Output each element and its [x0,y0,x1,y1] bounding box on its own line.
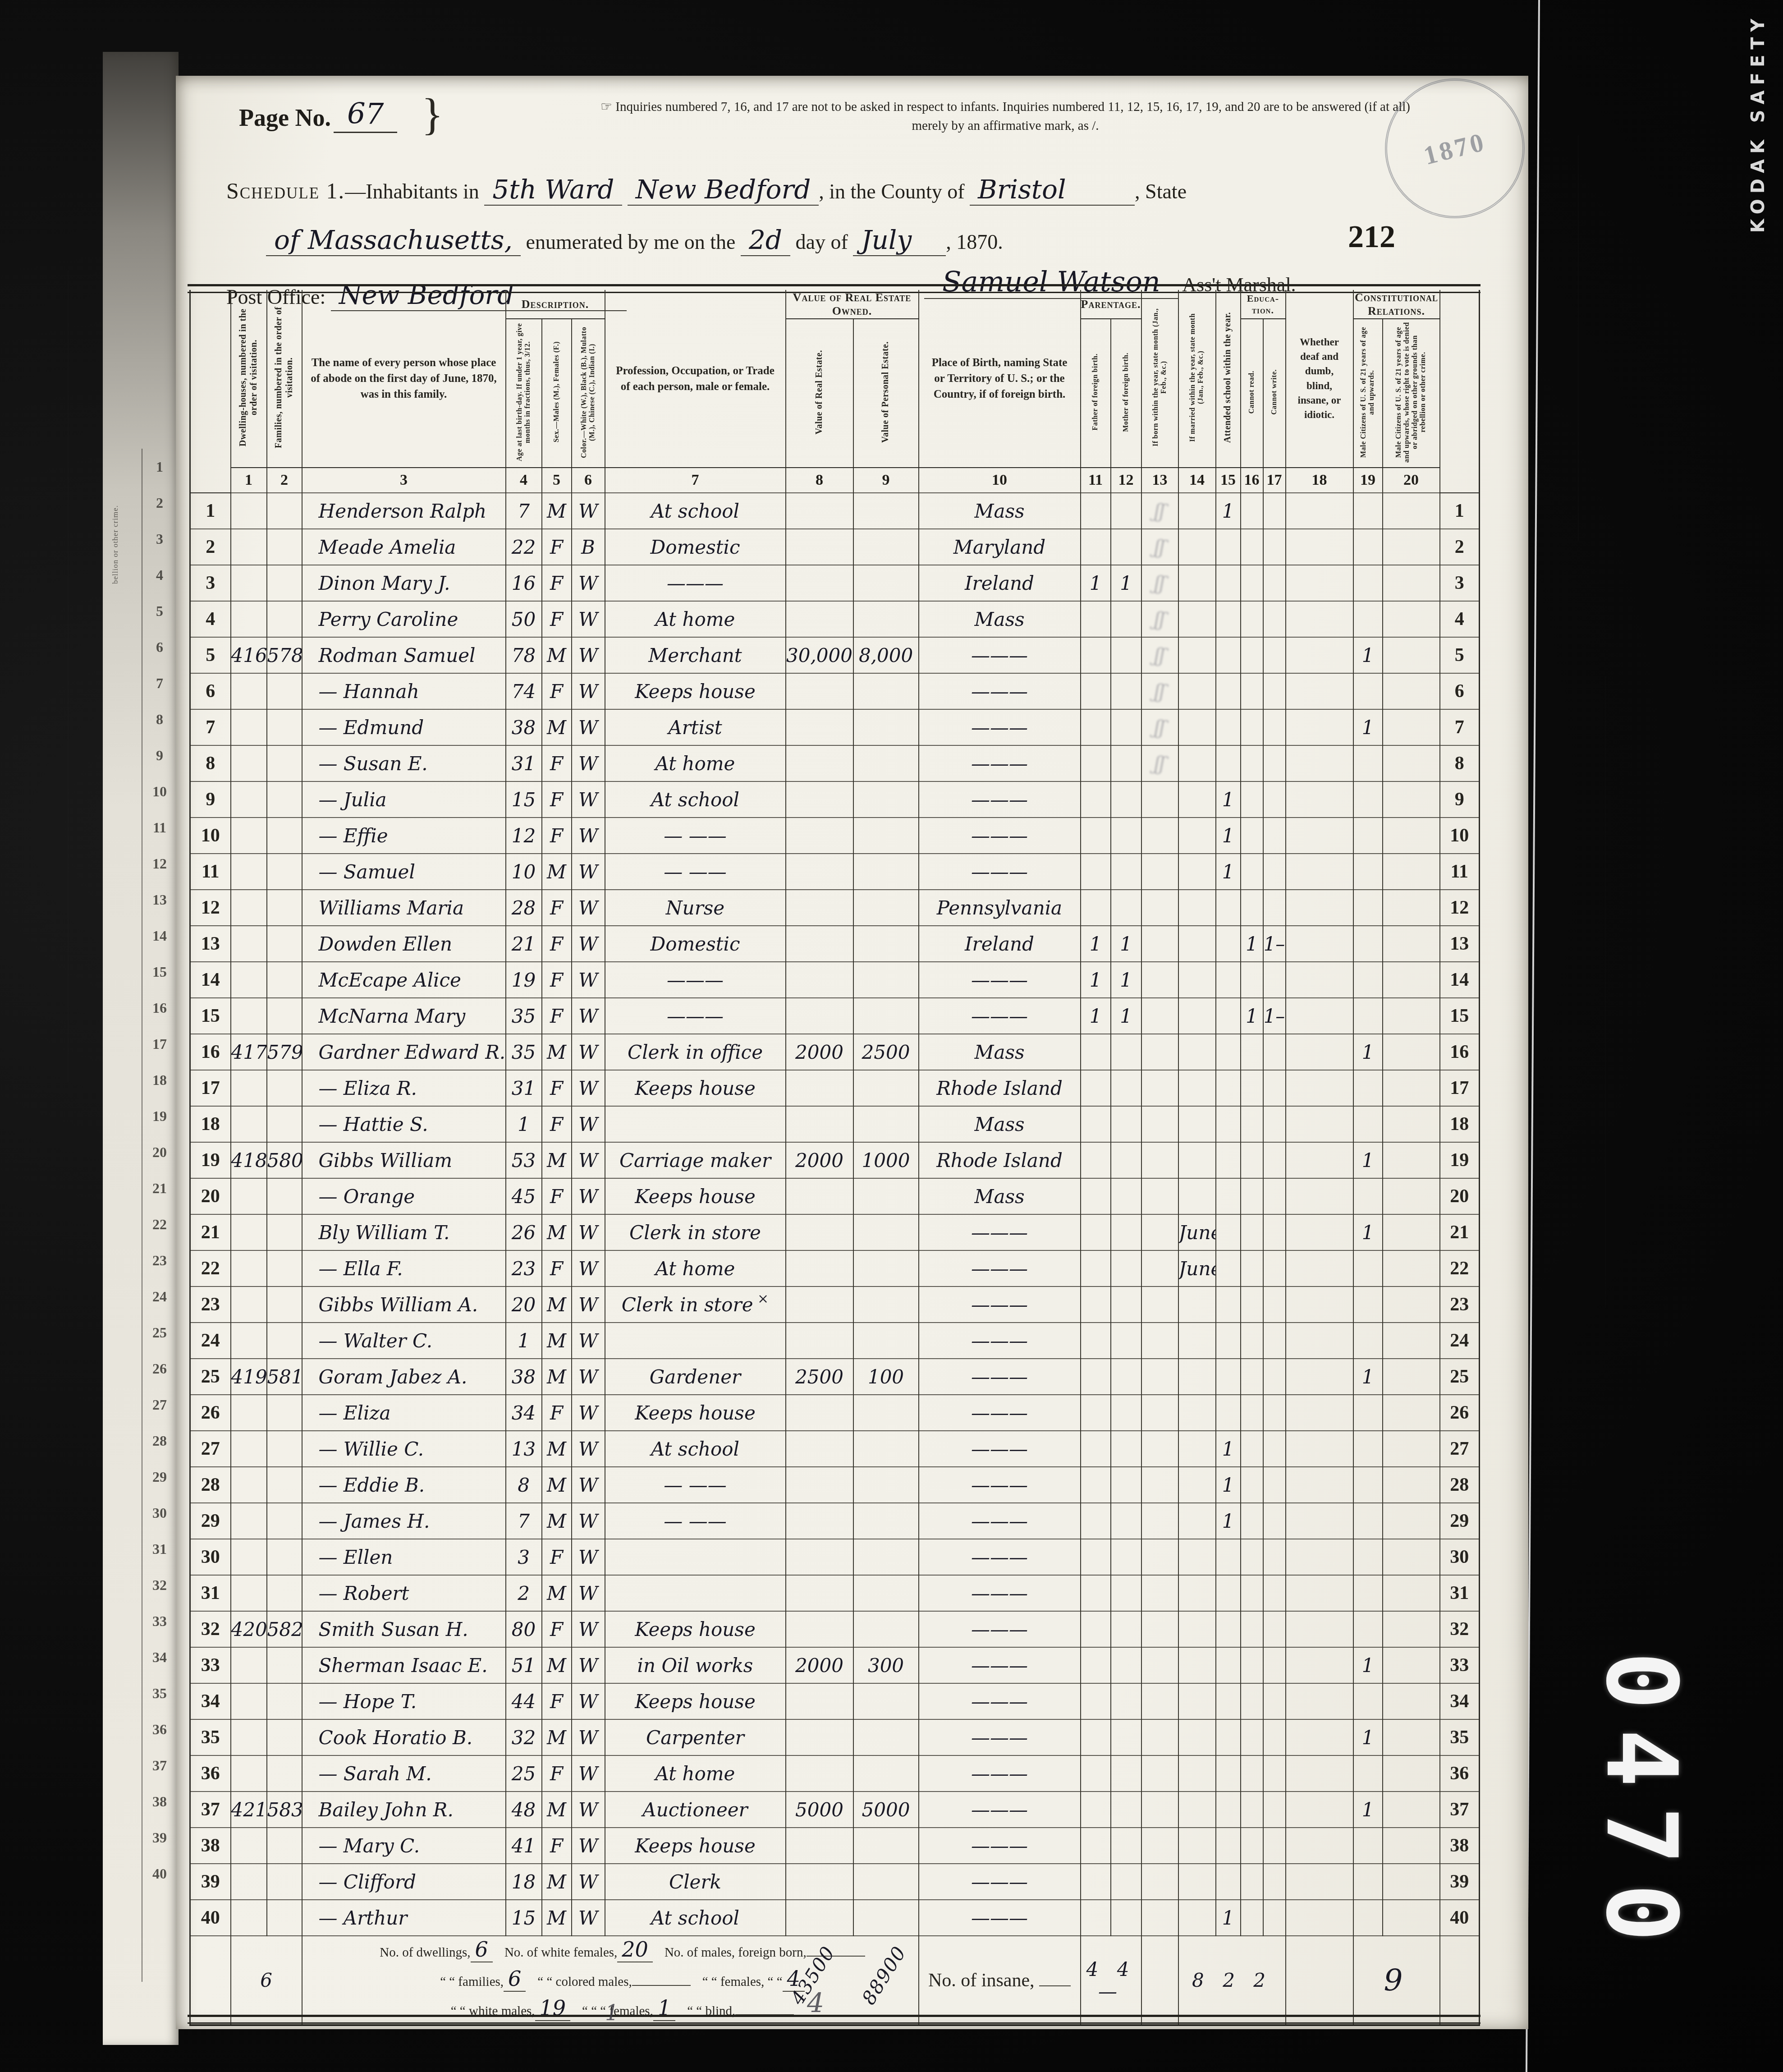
marriage-month [1178,1106,1216,1142]
real-estate-value: 2000 [786,1142,853,1178]
marriage-month [1178,1467,1216,1503]
column-number: 6 [572,468,605,493]
cannot-write [1263,1250,1286,1286]
personal-estate-value [853,1467,919,1503]
male-citizen-21 [1353,745,1383,781]
deaf-dumb-blind-insane [1286,1755,1353,1792]
father-foreign-born [1081,854,1111,890]
male-citizen-21 [1353,1864,1383,1900]
family-number [267,1647,302,1683]
row-number-right: 33 [1440,1647,1480,1683]
mother-foreign-born [1111,1719,1141,1755]
occupation: Merchant [605,637,786,673]
row-number-right: 37 [1440,1792,1480,1828]
personal-estate-value [853,1106,919,1142]
age: 48 [506,1792,542,1828]
state-value: of Massachusetts, [266,225,521,256]
dwelling-number [231,1755,267,1792]
previous-page-row-number: 13 [146,891,173,928]
dwelling-number [231,529,267,565]
real-estate-value [786,781,853,818]
father-foreign-born [1081,1106,1111,1142]
real-estate-value [786,1539,853,1575]
cannot-write [1263,1431,1286,1467]
mother-foreign-born [1111,1142,1141,1178]
row-number-right: 28 [1440,1467,1480,1503]
male-citizen-denied [1383,1250,1440,1286]
cannot-read [1241,1178,1263,1214]
sex: M [542,1142,572,1178]
birth-month: ʃʃ [1141,637,1178,673]
previous-page-row-number: 2 [146,495,173,531]
age: 19 [506,962,542,998]
age: 45 [506,1178,542,1214]
male-citizen-21 [1353,998,1383,1034]
previous-page-row-number: 27 [146,1397,173,1433]
family-number [267,1467,302,1503]
col1-header: Dwelling-houses, numbered in the order o… [231,290,267,468]
family-number [267,1250,302,1286]
cannot-read [1241,1214,1263,1250]
birthplace: ——— [919,1286,1081,1323]
deaf-dumb-blind-insane [1286,601,1353,637]
male-citizen-denied [1383,673,1440,709]
dwelling-number: 417 [231,1034,267,1070]
cannot-write [1263,781,1286,818]
marriage-month [1178,1503,1216,1539]
column-number: 8 [786,468,853,493]
summary-blank [632,1971,691,1986]
cannot-read [1241,1431,1263,1467]
real-estate-value [786,1395,853,1431]
father-foreign-born [1081,1792,1111,1828]
cannot-write [1263,1683,1286,1719]
deaf-dumb-blind-insane [1286,565,1353,601]
dwelling-number [231,1575,267,1611]
color: W [572,601,605,637]
personal-estate-value [853,709,919,745]
personal-estate-value: 1000 [853,1142,919,1178]
real-estate-value [786,1286,853,1323]
age: 15 [506,781,542,818]
father-foreign-born [1081,1539,1111,1575]
color: W [572,709,605,745]
dwelling-number [231,1250,267,1286]
birthplace: ——— [919,1467,1081,1503]
birthplace: ——— [919,998,1081,1034]
col17-header: Cannot write. [1263,319,1286,468]
row-number-right: 36 [1440,1755,1480,1792]
occupation: At school [605,781,786,818]
previous-page-row-number: 8 [146,711,173,747]
col13-header: If born within the year, state month (Ja… [1141,290,1178,468]
family-number: 581 [267,1359,302,1395]
color: W [572,1539,605,1575]
occupation: At home [605,745,786,781]
male-citizen-21: 1 [1353,1359,1383,1395]
mother-foreign-born [1111,1034,1141,1070]
birth-month [1141,1611,1178,1647]
cannot-write [1263,962,1286,998]
family-number: 580 [267,1142,302,1178]
cannot-read [1241,1395,1263,1431]
ink-bleed-mark: ʃʃ [1153,643,1166,667]
occupation: Carpenter [605,1719,786,1755]
occupation: At school [605,1431,786,1467]
occupation: Keeps house [605,1070,786,1106]
mother-foreign-born [1111,818,1141,854]
previous-page-row-number: 33 [146,1613,173,1649]
male-citizen-21 [1353,1431,1383,1467]
bottom-pencil-mark: 1 [605,2000,619,2026]
column-number: 11 [1081,468,1111,493]
cannot-read [1241,1034,1263,1070]
mother-foreign-born [1111,1286,1141,1323]
age: 21 [506,926,542,962]
birthplace: Mass [919,1178,1081,1214]
cannot-read [1241,1611,1263,1647]
ink-bleed-mark: ʃʃ [1153,535,1166,559]
description-group-header: Description. [506,290,605,319]
deaf-dumb-blind-insane [1286,998,1353,1034]
color: W [572,493,605,529]
dwelling-number [231,1503,267,1539]
deaf-dumb-blind-insane [1286,1214,1353,1250]
occupation: At home [605,1250,786,1286]
birthplace: Rhode Island [919,1070,1081,1106]
birthplace: ——— [919,818,1081,854]
cannot-read: 1 [1241,926,1263,962]
male-citizen-denied [1383,1323,1440,1359]
male-citizen-denied [1383,565,1440,601]
col3-header: The name of every person whose place of … [302,290,506,468]
col2-header: Families, numbered in the order of visit… [267,290,302,468]
person-name: McEcape Alice [302,962,506,998]
color: W [572,1900,605,1936]
census-row: 27— Willie C.13MWAt school———127 [190,1431,1480,1467]
real-estate-value [786,565,853,601]
cannot-read [1241,781,1263,818]
previous-page-row-number: 36 [146,1721,173,1757]
birth-month [1141,1683,1178,1719]
color: W [572,1142,605,1178]
birth-month: ʃʃ [1141,601,1178,637]
birthplace: ——— [919,1323,1081,1359]
birth-month [1141,1106,1178,1142]
attended-school: 1 [1216,1467,1241,1503]
row-number-right: 22 [1440,1250,1480,1286]
family-number [267,1719,302,1755]
brace-glyph: } [422,88,443,140]
citizens-tally: 9 [1353,1936,1440,2025]
person-name: Henderson Ralph [302,493,506,529]
age: 50 [506,601,542,637]
personal-estate-value [853,818,919,854]
deaf-dumb-blind-insane [1286,1828,1353,1864]
sex: M [542,854,572,890]
attended-school [1216,637,1241,673]
attended-school [1216,1647,1241,1683]
parentage-group-header: Parentage. [1081,290,1141,319]
color: W [572,890,605,926]
attended-school [1216,1755,1241,1792]
occupation: Keeps house [605,673,786,709]
cannot-write [1263,709,1286,745]
census-row: 40— Arthur15MWAt school———140 [190,1900,1480,1936]
age: 1 [506,1106,542,1142]
person-name: Perry Caroline [302,601,506,637]
real-estate-value [786,962,853,998]
person-name: — Hope T. [302,1683,506,1719]
row-number-left: 25 [190,1359,231,1395]
occupation: ——— [605,998,786,1034]
real-estate-value [786,926,853,962]
col15-header: Attended school within the year. [1216,290,1241,468]
birthplace: Pennsylvania [919,890,1081,926]
person-name: — Clifford [302,1864,506,1900]
male-citizen-denied [1383,1142,1440,1178]
column-number: 15 [1216,468,1241,493]
previous-page-row-number: 28 [146,1433,173,1469]
father-foreign-born [1081,1359,1111,1395]
row-number-left: 31 [190,1575,231,1611]
birthplace: ——— [919,673,1081,709]
dwelling-number [231,1683,267,1719]
cannot-read [1241,565,1263,601]
birth-month [1141,1142,1178,1178]
birth-month [1141,1719,1178,1755]
census-row: 16417579Gardner Edward R.35MWClerk in of… [190,1034,1480,1070]
row-number-left: 12 [190,890,231,926]
birthplace: ——— [919,1719,1081,1755]
father-foreign-born [1081,1070,1111,1106]
occupation: — —— [605,854,786,890]
row-number-left: 40 [190,1900,231,1936]
age: 38 [506,709,542,745]
census-row: 7— Edmund38MWArtist———ʃʃ17 [190,709,1480,745]
age: 23 [506,1250,542,1286]
census-row: 13Dowden Ellen21FWDomesticIreland1111–13 [190,926,1480,962]
father-foreign-born [1081,601,1111,637]
cannot-read [1241,529,1263,565]
attended-school [1216,565,1241,601]
summary-value: 20 [617,1937,653,1962]
occupation: At home [605,1755,786,1792]
previous-page-row-number: 29 [146,1469,173,1505]
occupation: Keeps house [605,1611,786,1647]
marriage-month [1178,1395,1216,1431]
row-number-left: 36 [190,1755,231,1792]
occupation: Clerk in office [605,1034,786,1070]
real-estate-value [786,1323,853,1359]
attended-school [1216,890,1241,926]
row-number-left: 10 [190,818,231,854]
col5-header: Sex.—Males (M.), Females (F.) [542,319,572,468]
age: 35 [506,1034,542,1070]
row-number-right: 13 [1440,926,1480,962]
age: 1 [506,1323,542,1359]
summary-label: No. of males, foreign born, [665,1945,807,1960]
deaf-dumb-blind-insane [1286,1323,1353,1359]
age: 28 [506,890,542,926]
male-citizen-21 [1353,962,1383,998]
dwelling-number: 416 [231,637,267,673]
male-citizen-21: 1 [1353,637,1383,673]
male-citizen-denied [1383,1034,1440,1070]
previous-page-row-number: 30 [146,1505,173,1541]
male-citizen-denied [1383,1864,1440,1900]
color: W [572,1070,605,1106]
attended-school: 1 [1216,781,1241,818]
dwelling-number [231,854,267,890]
summary-row: 6 No. of dwellings,6No. of white females… [190,1936,1480,2025]
family-number [267,673,302,709]
male-citizen-21 [1353,1395,1383,1431]
father-foreign-born [1081,1755,1111,1792]
deaf-dumb-blind-insane [1286,1359,1353,1395]
father-foreign-born [1081,637,1111,673]
census-row: 24— Walter C.1MW———24 [190,1323,1480,1359]
deaf-dumb-blind-insane [1286,1106,1353,1142]
deaf-dumb-blind-insane [1286,1431,1353,1467]
sex: F [542,1611,572,1647]
row-number-right: 34 [1440,1683,1480,1719]
col8-header: Value of Real Estate. [786,319,853,468]
attended-school: 1 [1216,493,1241,529]
attended-school [1216,1034,1241,1070]
row-number-right: 24 [1440,1323,1480,1359]
birth-month: ʃʃ [1141,565,1178,601]
person-name: — Eliza R. [302,1070,506,1106]
cannot-read [1241,890,1263,926]
family-number [267,1286,302,1323]
cannot-write [1263,1611,1286,1647]
person-name: — Eddie B. [302,1467,506,1503]
row-number-left: 22 [190,1250,231,1286]
birth-month [1141,1900,1178,1936]
cannot-write [1263,1395,1286,1431]
cannot-read [1241,962,1263,998]
attended-school [1216,529,1241,565]
male-citizen-21 [1353,529,1383,565]
census-row: 22— Ella F.23FWAt home———June22 [190,1250,1480,1286]
attended-school: 1 [1216,1503,1241,1539]
ward-value: 5th Ward [484,174,622,206]
cannot-read [1241,673,1263,709]
previous-page-row-number: 24 [146,1288,173,1324]
dwelling-number [231,709,267,745]
row-number-left: 28 [190,1467,231,1503]
summary-label: “ “ females, “ “ [702,1975,783,1989]
color: B [572,529,605,565]
sex: M [542,1575,572,1611]
father-foreign-born [1081,1431,1111,1467]
attended-school: 1 [1216,1431,1241,1467]
deaf-dumb-blind-insane [1286,1719,1353,1755]
personal-estate-value [853,962,919,998]
marriage-month [1178,529,1216,565]
occupation: Clerk [605,1864,786,1900]
sex: F [542,529,572,565]
personal-estate-value [853,1719,919,1755]
cannot-read [1241,1647,1263,1683]
person-name: Rodman Samuel [302,637,506,673]
personal-estate-value [853,890,919,926]
male-citizen-denied [1383,1503,1440,1539]
age: 32 [506,1719,542,1755]
mother-foreign-born [1111,1359,1141,1395]
age: 13 [506,1431,542,1467]
deaf-dumb-blind-insane [1286,1611,1353,1647]
row-number-left: 30 [190,1539,231,1575]
male-citizen-21 [1353,1539,1383,1575]
father-foreign-born: 1 [1081,998,1111,1034]
cannot-write [1263,745,1286,781]
attended-school [1216,673,1241,709]
row-number-right: 8 [1440,745,1480,781]
personal-estate-value [853,493,919,529]
mother-foreign-born [1111,493,1141,529]
male-citizen-21 [1353,1503,1383,1539]
age: 31 [506,1070,542,1106]
personal-estate-value [853,1611,919,1647]
sex: F [542,745,572,781]
birth-month [1141,1178,1178,1214]
previous-page-row-number: 15 [146,964,173,1000]
deaf-dumb-blind-insane [1286,926,1353,962]
personal-estate-value [853,745,919,781]
occupation: Carriage maker [605,1142,786,1178]
attended-school [1216,1539,1241,1575]
census-row: 8— Susan E.31FWAt home———ʃʃ8 [190,745,1480,781]
dwelling-number [231,781,267,818]
occupation: Nurse [605,890,786,926]
cannot-read [1241,1359,1263,1395]
row-number-right: 10 [1440,818,1480,854]
mother-foreign-born [1111,709,1141,745]
birth-month: ʃʃ [1141,673,1178,709]
previous-page-row-number: 25 [146,1324,173,1360]
person-name: Cook Horatio B. [302,1719,506,1755]
family-number: 583 [267,1792,302,1828]
previous-page-row-number: 17 [146,1036,173,1072]
color: W [572,1178,605,1214]
birthplace: ——— [919,1792,1081,1828]
personal-estate-value [853,854,919,890]
deaf-dumb-blind-insane [1286,1467,1353,1503]
marriage-month [1178,1539,1216,1575]
color: W [572,1106,605,1142]
row-number-left: 4 [190,601,231,637]
male-citizen-21 [1353,890,1383,926]
census-row: 18— Hattie S.1FWMass18 [190,1106,1480,1142]
row-number-left: 39 [190,1864,231,1900]
birth-month [1141,1250,1178,1286]
previous-page-row-number: 34 [146,1649,173,1685]
occupation: in Oil works [605,1647,786,1683]
person-name: — Ella F. [302,1250,506,1286]
marriage-month [1178,1142,1216,1178]
row-number-right: 1 [1440,493,1480,529]
birth-month: ʃʃ [1141,529,1178,565]
schedule-label: Schedule 1. [226,178,345,203]
dwelling-number [231,1719,267,1755]
birth-month [1141,818,1178,854]
person-name: — Robert [302,1575,506,1611]
male-citizen-21 [1353,1286,1383,1323]
attended-school [1216,709,1241,745]
month-value: July [853,225,946,256]
